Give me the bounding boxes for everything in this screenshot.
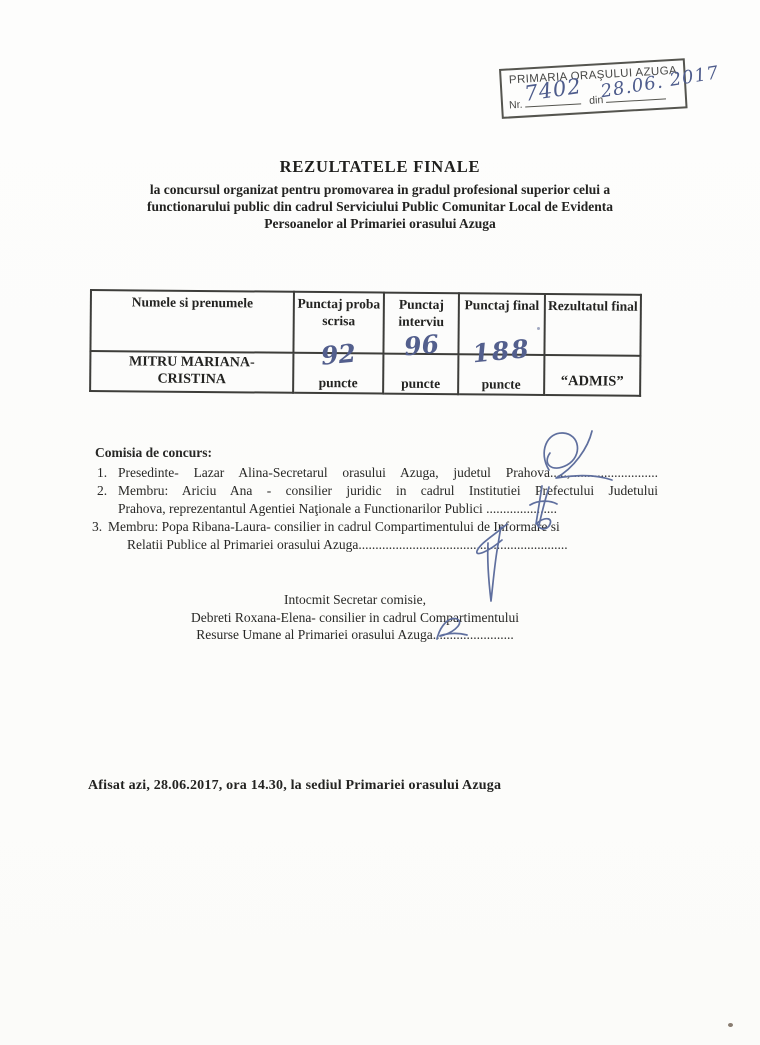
points-label: puncte xyxy=(401,376,440,391)
item-line: Presedinte- Lazar Alina-Secretarul orasu… xyxy=(118,465,658,480)
commission-heading: Comisia de concurs: xyxy=(90,444,658,462)
column-header-name: Numele si prenumele xyxy=(90,290,294,353)
subtitle-line: Persoanelor al Primariei orasului Azuga xyxy=(92,215,668,232)
ink-speck xyxy=(537,327,540,330)
interview-score-cell: 96 puncte xyxy=(383,354,458,395)
item-number: 3. xyxy=(90,518,108,536)
item-number: 1. xyxy=(90,464,118,482)
secretary-line: Intocmit Secretar comisie, xyxy=(145,591,565,609)
page-title: REZULTATELE FINALE xyxy=(95,157,665,177)
commission-item-1: 1.Presedinte- Lazar Alina-Secretarul ora… xyxy=(90,464,658,482)
result-value: “ADMIS” xyxy=(544,355,640,396)
subtitle-line: la concursul organizat pentru promovarea… xyxy=(92,181,668,198)
column-header-result: Rezultatul final xyxy=(544,294,641,356)
subtitle-line: functionarului public din cadrul Servici… xyxy=(92,198,668,215)
commission-item-2: 2.Membru: Ariciu Ana - consilier juridic… xyxy=(90,482,658,500)
table-row: MITRU MARIANA-CRISTINA 92 puncte 96 punc… xyxy=(90,351,640,396)
stamp-nr-label: Nr. xyxy=(509,99,523,112)
item-number: 2. xyxy=(90,482,118,500)
item-line: Membru: Popa Ribana-Laura- consilier in … xyxy=(108,519,560,534)
registration-stamp: PRIMARIA ORAŞULUI AZUGA Nr. din 7402 28.… xyxy=(499,58,688,119)
item-line: Relatii Publice al Primariei orasului Az… xyxy=(127,537,568,552)
stamp-number-row: Nr. din 7402 28.06. 2017 xyxy=(509,88,681,112)
written-score-handwritten: 92 xyxy=(320,341,357,369)
secretary-line: Debreti Roxana-Elena- consilier in cadru… xyxy=(145,609,565,627)
item-line: Prahova, reprezentantul Agentiei Naţiona… xyxy=(118,501,557,516)
item-line: Membru: Ariciu Ana - consilier juridic i… xyxy=(118,483,658,498)
secretary-section: Intocmit Secretar comisie, Debreti Roxan… xyxy=(145,591,565,644)
candidate-name: MITRU MARIANA-CRISTINA xyxy=(90,351,293,393)
commission-item-2-continuation: Prahova, reprezentantul Agentiei Naţiona… xyxy=(90,500,658,518)
secretary-line: Resurse Umane al Primariei orasului Azug… xyxy=(145,626,565,644)
written-score-cell: 92 puncte xyxy=(293,353,383,394)
points-label: puncte xyxy=(482,376,521,391)
ink-speck xyxy=(728,1023,733,1027)
commission-item-3-continuation: Relatii Publice al Primariei orasului Az… xyxy=(90,536,658,554)
commission-section: Comisia de concurs: 1.Presedinte- Lazar … xyxy=(90,444,658,554)
page-subtitle: la concursul organizat pentru promovarea… xyxy=(92,181,668,232)
final-score-handwritten: 188 xyxy=(471,336,531,366)
interview-score-handwritten: 96 xyxy=(403,331,440,359)
points-label: puncte xyxy=(319,375,358,390)
results-table-wrapper: Numele si prenumele Punctaj proba scrisa… xyxy=(89,289,642,397)
posting-note: Afisat azi, 28.06.2017, ora 14.30, la se… xyxy=(88,778,501,794)
final-score-cell: 188 puncte xyxy=(458,354,544,395)
results-table: Numele si prenumele Punctaj proba scrisa… xyxy=(89,289,642,397)
table-header-row: Numele si prenumele Punctaj proba scrisa… xyxy=(90,290,641,356)
scanned-document-page: PRIMARIA ORAŞULUI AZUGA Nr. din 7402 28.… xyxy=(0,0,760,1045)
commission-item-3: 3.Membru: Popa Ribana-Laura- consilier i… xyxy=(90,518,658,536)
